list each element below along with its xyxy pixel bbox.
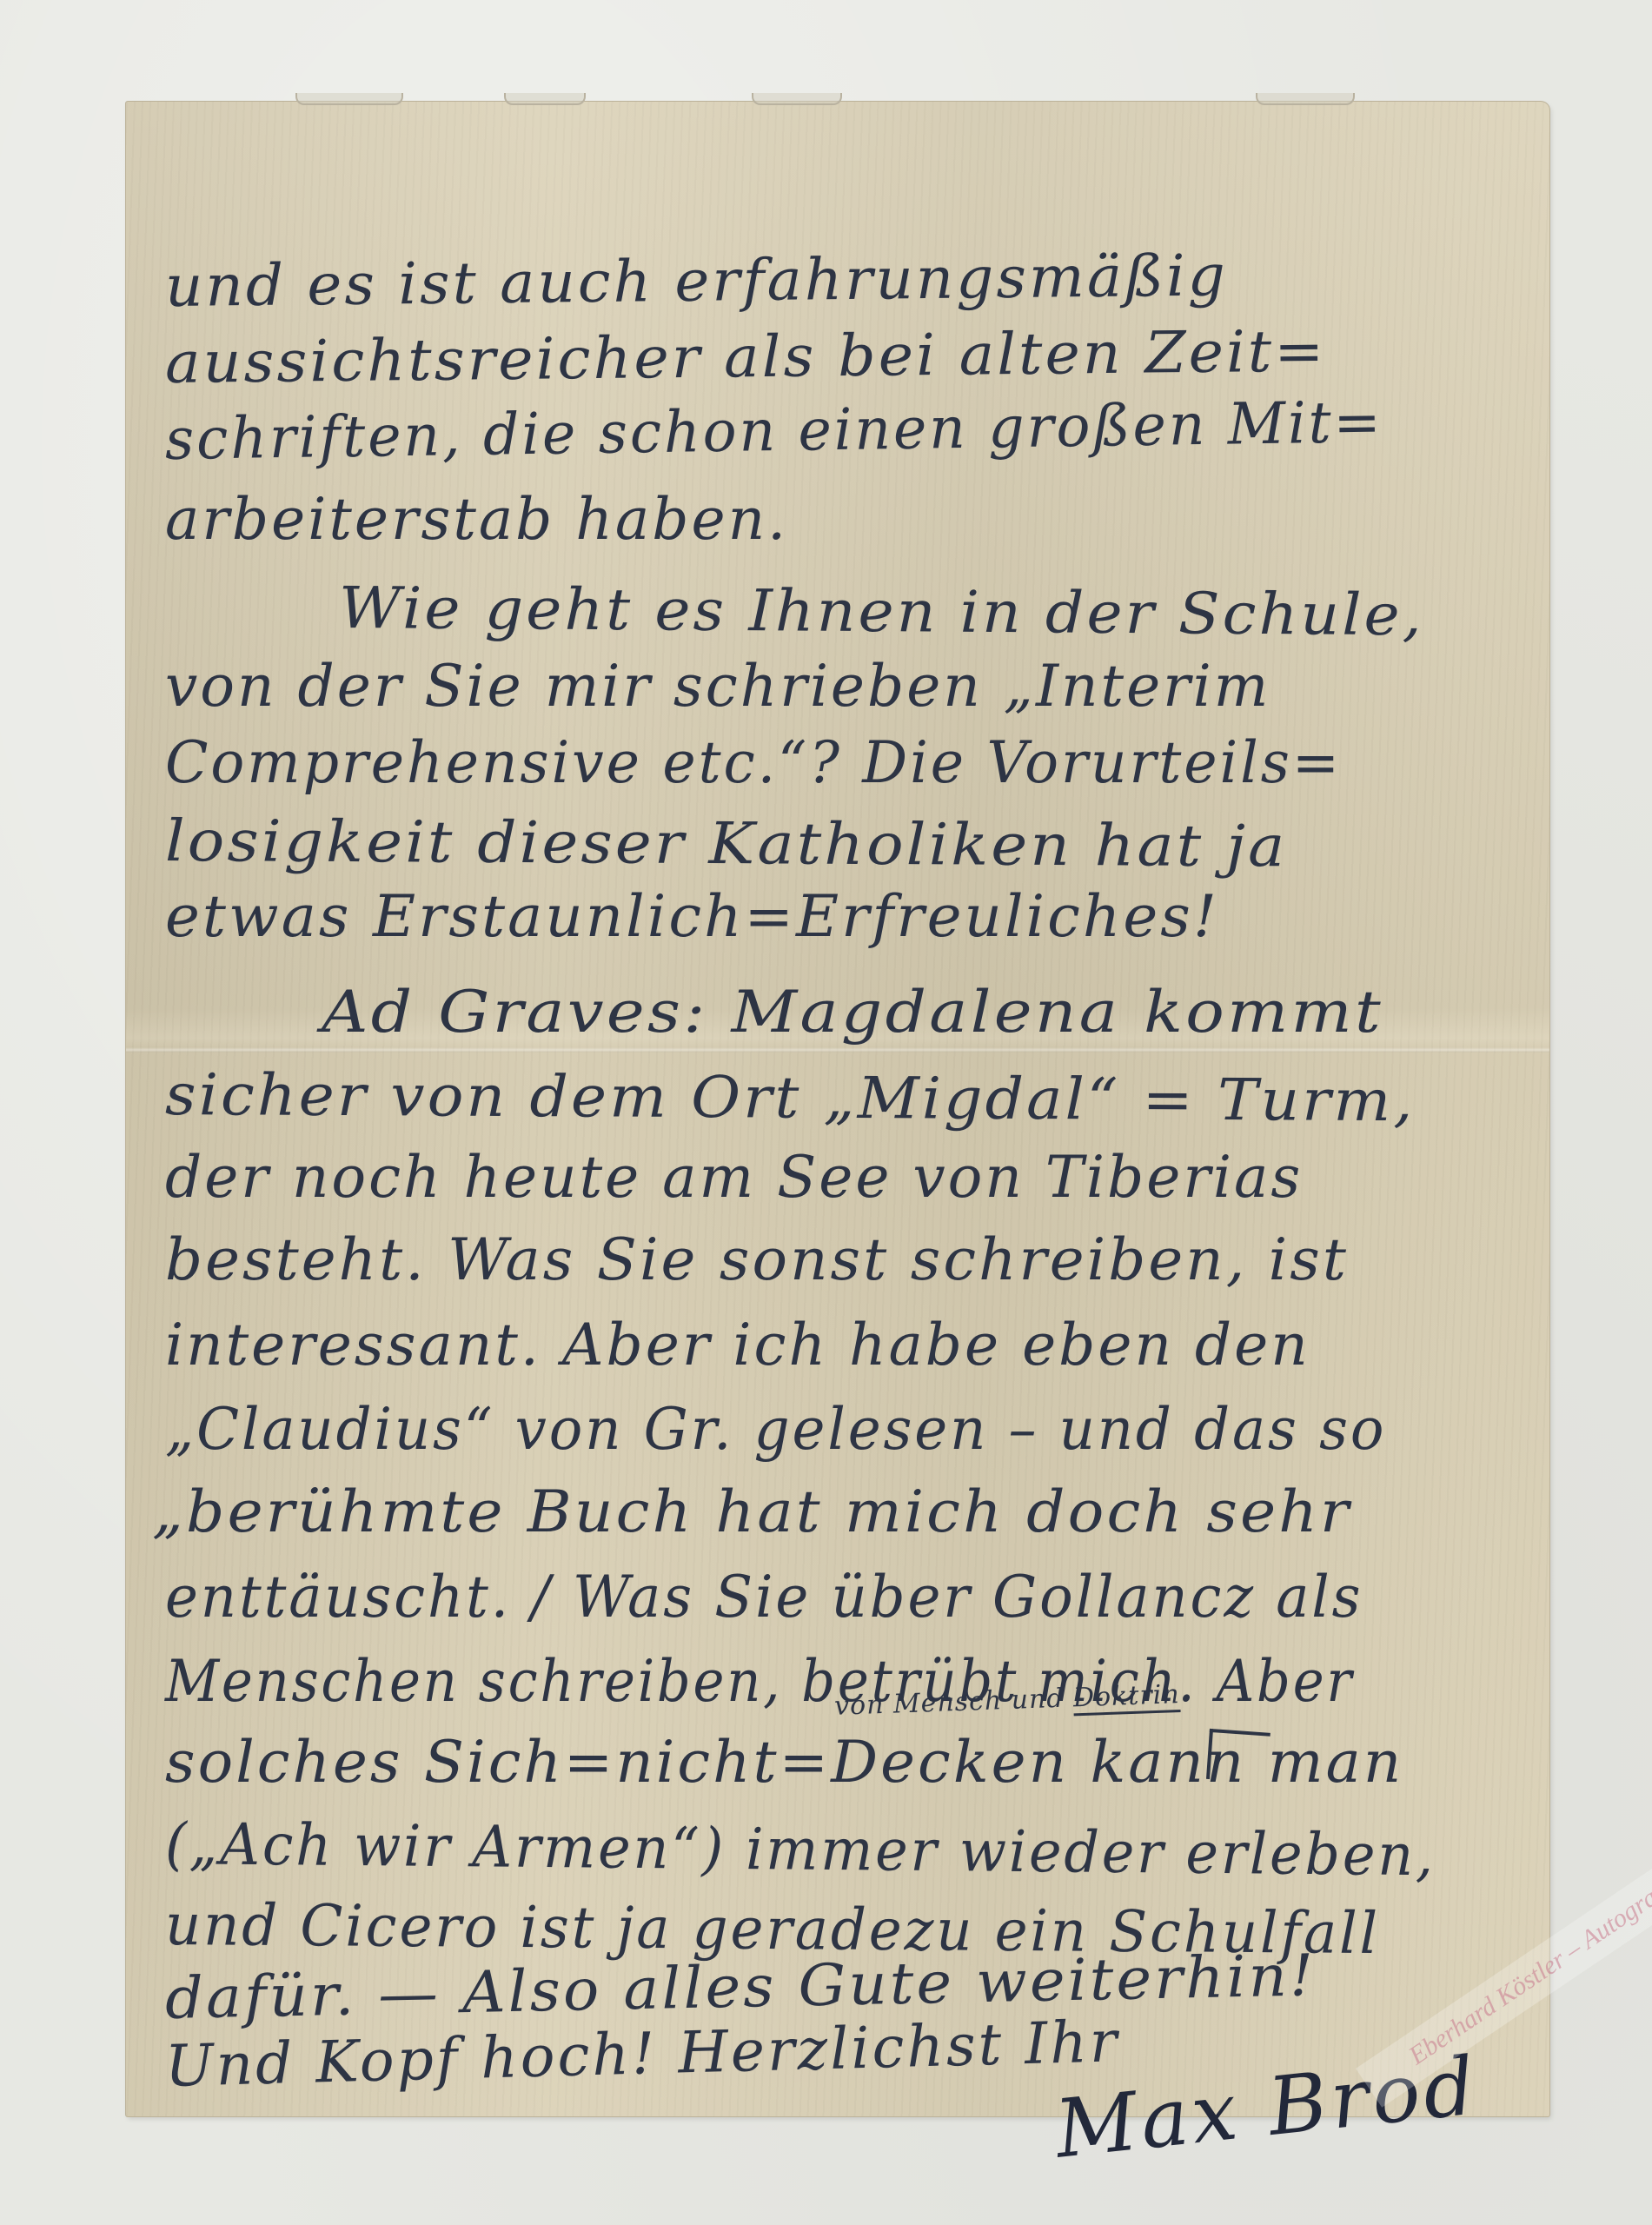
- letter-line-15: „Claudius“ von Gr. gelesen – und das so: [165, 1401, 1386, 1458]
- letter-line-4: arbeiterstab haben.: [165, 491, 788, 548]
- letter-line-2: aussichtsreicher als bei alten Zeit=: [165, 322, 1327, 392]
- insertion-underlined-word: Doktrin: [1072, 1679, 1180, 1716]
- torn-edge: [752, 93, 842, 105]
- letter-line-16: „berühmte Buch hat mich doch sehr: [152, 1484, 1351, 1541]
- letter-line-1: und es ist auch erfahrungsmäßig: [165, 247, 1229, 315]
- torn-edge: [1256, 93, 1355, 105]
- letter-line-20: („Ach wir Armen“) immer wieder erleben,: [165, 1816, 1436, 1884]
- letter-page: und es ist auch erfahrungsmäßig aussicht…: [126, 102, 1549, 2116]
- letter-line-3: schriften, die schon einen großen Mit=: [165, 394, 1383, 468]
- letter-line-14: interessant. Aber ich habe eben den: [165, 1317, 1310, 1374]
- letter-line-19: solches Sich=nicht=Decken kann man: [165, 1734, 1403, 1791]
- letter-line-12: der noch heute am See von Tiberias: [165, 1149, 1303, 1206]
- letter-line-9: etwas Erstaunlich=Erfreuliches!: [165, 888, 1219, 946]
- letter-line-13: besteht. Was Sie sonst schreiben, ist: [165, 1232, 1349, 1289]
- letter-line-10: Ad Graves: Magdalena kommt: [322, 984, 1383, 1041]
- letter-line-17: enttäuscht. / Was Sie über Gollancz als: [165, 1569, 1363, 1626]
- torn-edge: [295, 93, 403, 105]
- letter-line-7: Comprehensive etc.“? Die Vorurteils=: [165, 734, 1342, 792]
- letter-line-5: Wie geht es Ihnen in der Schule,: [339, 580, 1424, 644]
- letter-line-11: sicher von dem Ort „Migdal“ = Turm,: [165, 1066, 1416, 1130]
- letter-line-8: losigkeit dieser Katholiken hat ja: [165, 813, 1288, 875]
- letter-line-6: von der Sie mir schrieben „Interim: [165, 658, 1271, 715]
- torn-edge: [504, 93, 586, 105]
- fold-crease: [126, 1047, 1549, 1053]
